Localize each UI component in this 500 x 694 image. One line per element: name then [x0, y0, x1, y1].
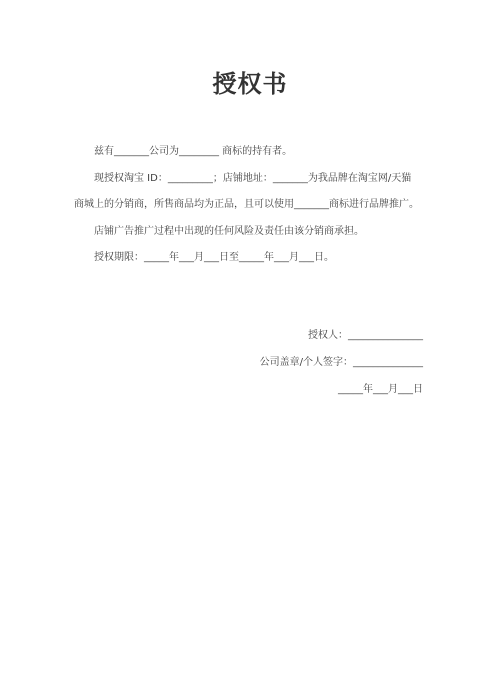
body-line-liability: 店铺广告推广过程中出现的任何风险及责任由该分销商承担。 — [74, 219, 445, 246]
date-line: _____年___月___日 — [260, 376, 423, 403]
authorizer-line: 授权人：_______________ — [260, 322, 423, 349]
body-line-holder-statement: 兹有_______公司为________ 商标的持有者。 — [74, 139, 445, 166]
document-body: 兹有_______公司为________ 商标的持有者。 现授权淘宝 ID：__… — [74, 139, 445, 272]
signature-block: 授权人：_______________ 公司盖章/个人签字：__________… — [260, 322, 423, 403]
document-title: 授权书 — [0, 71, 500, 97]
body-line-authorization-period: 授权期限：_____年___月___日至_____年___月___日。 — [74, 245, 445, 272]
body-line-taobao-id: 现授权淘宝 ID：_________；店铺地址：_______为我品牌在淘宝网/… — [74, 166, 445, 193]
seal-signature-line: 公司盖章/个人签字：______________ — [260, 349, 423, 376]
body-line-distributor: 商城上的分销商，所售商品均为正品，且可以使用_______商标进行品牌推广。 — [74, 192, 445, 219]
document-page: 授权书 兹有_______公司为________ 商标的持有者。 现授权淘宝 I… — [0, 0, 500, 694]
